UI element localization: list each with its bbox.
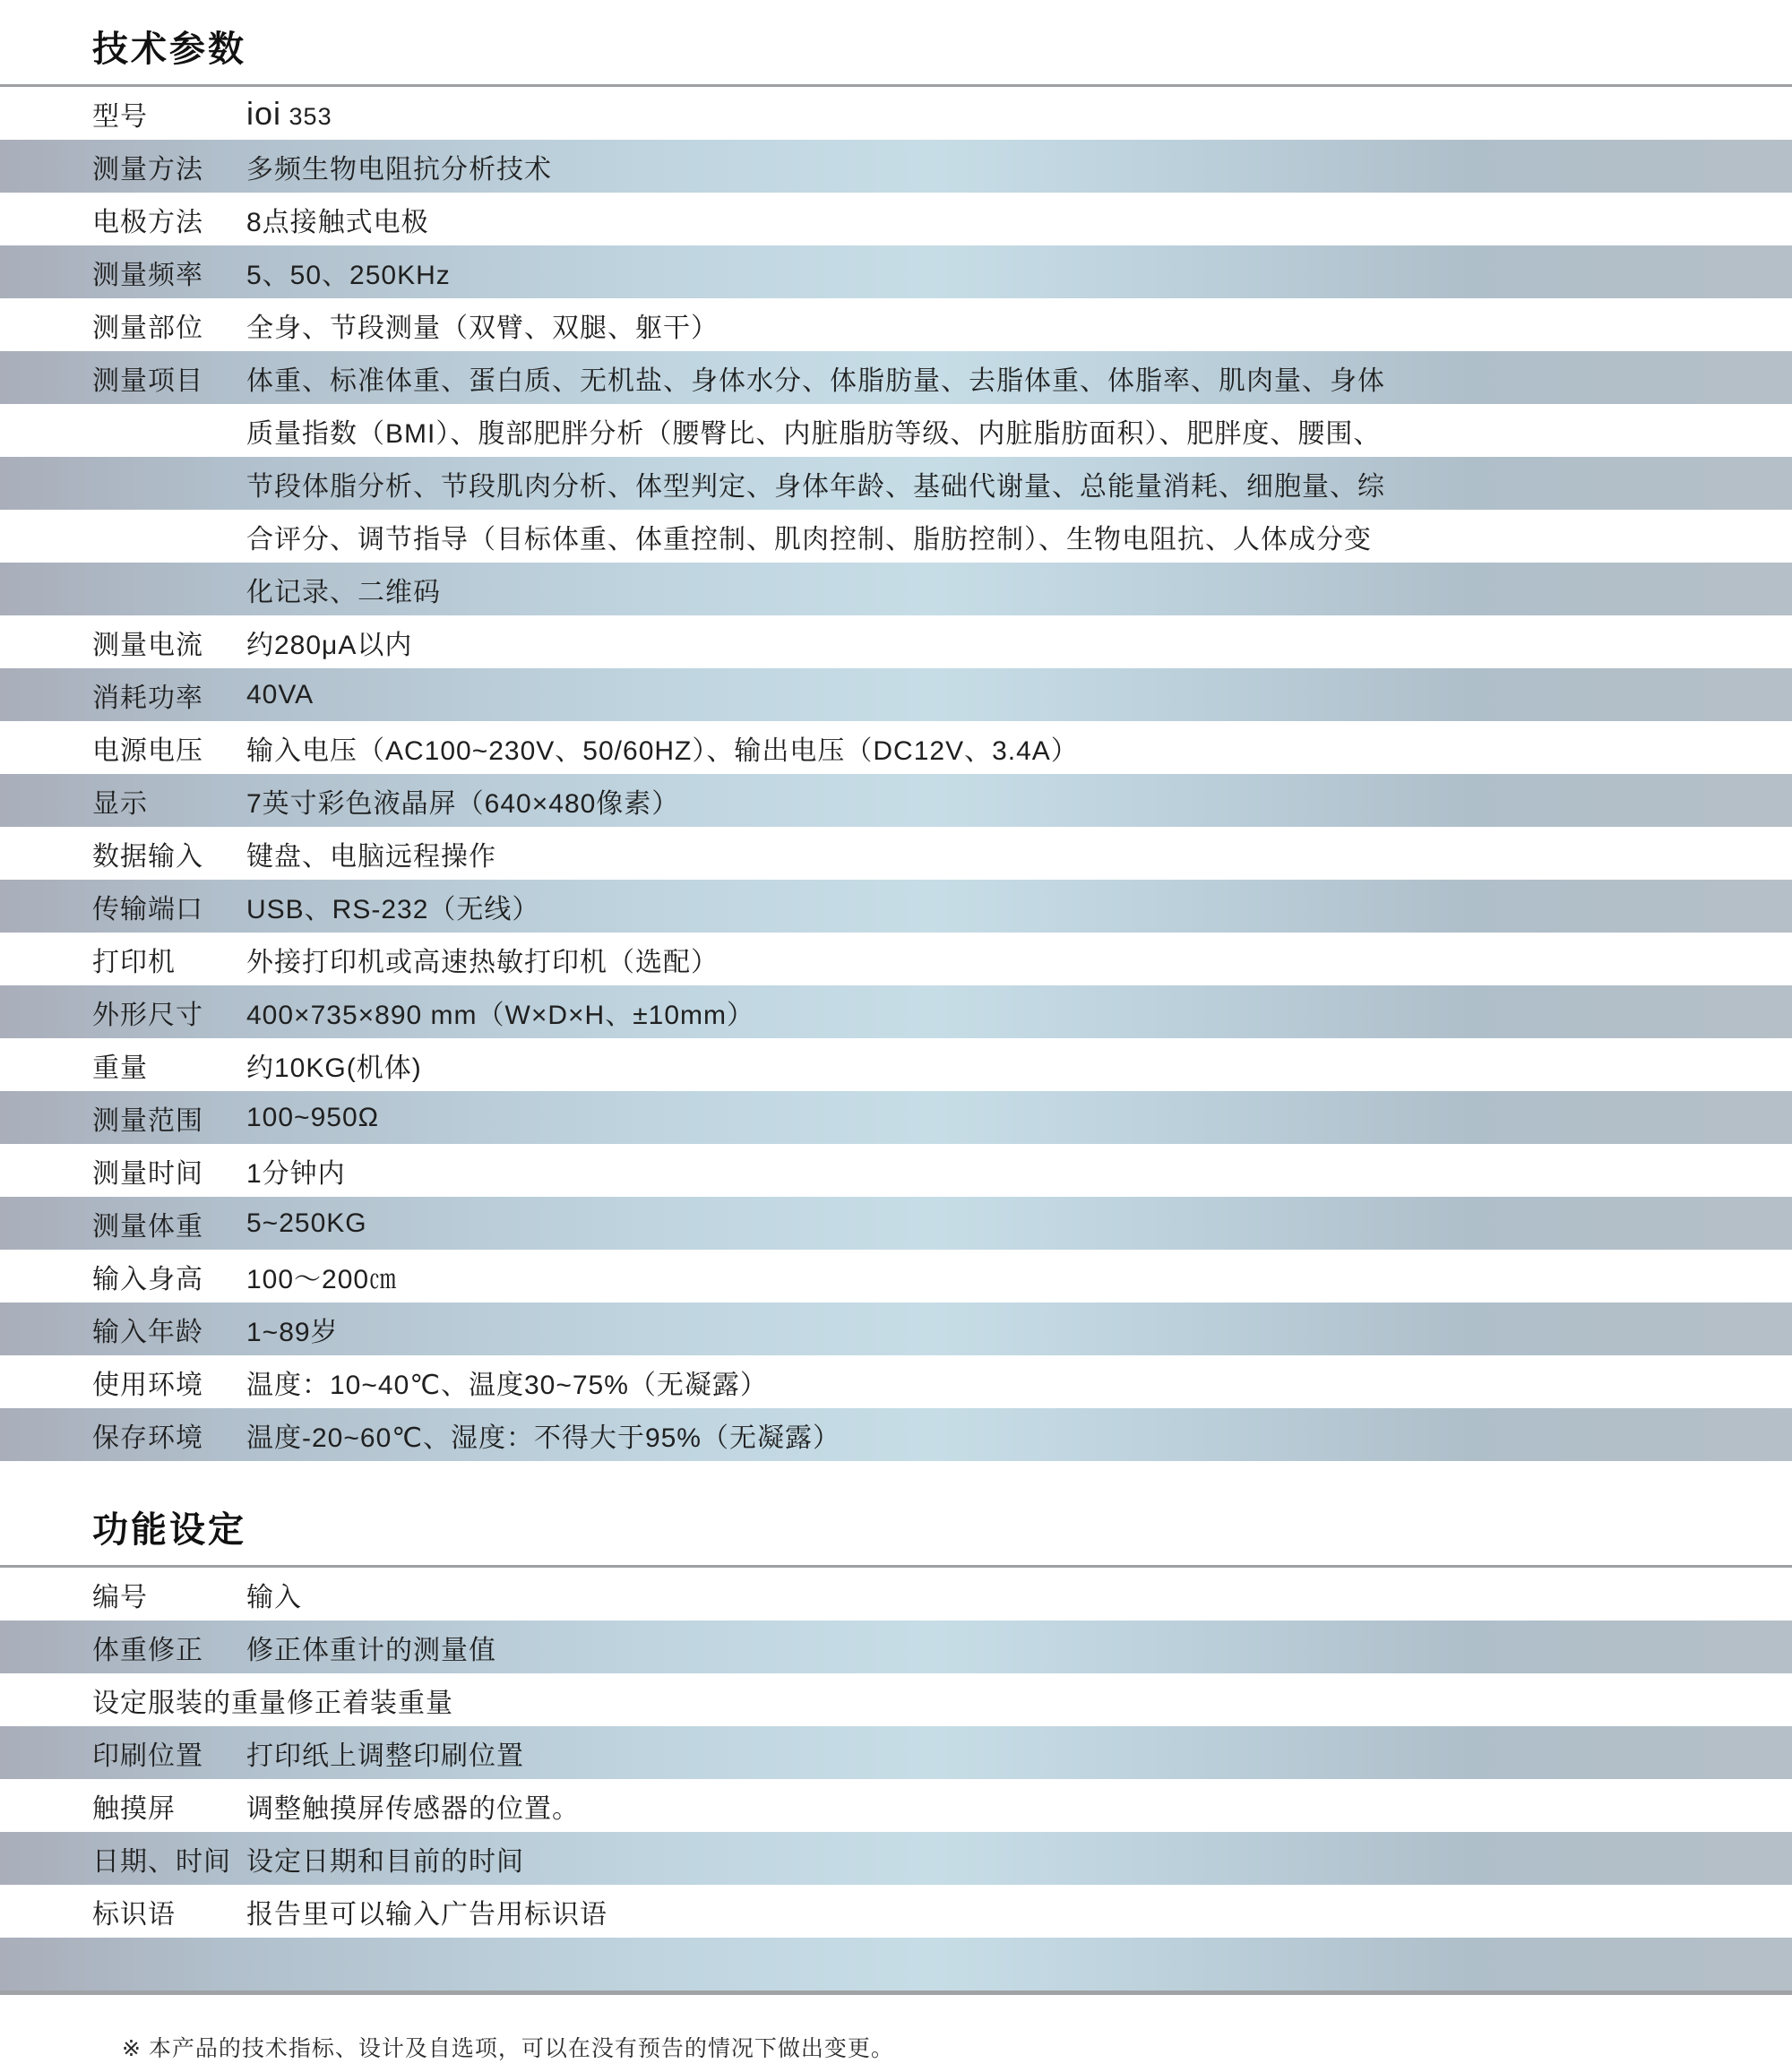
spec-label: 测量频率: [92, 253, 246, 292]
section-title-tech-params: 技术参数: [92, 0, 1792, 72]
spec-value: 打印纸上调整印刷位置: [246, 1733, 1792, 1773]
spec-label: 日期、时间: [92, 1839, 246, 1879]
spec-row: 型号ioi 353: [0, 87, 1792, 140]
brand-model-number: 353: [281, 103, 332, 130]
spec-label: 重量: [92, 1045, 246, 1085]
spec-row: 测量频率5、50、250KHz: [0, 245, 1792, 298]
spec-row: 电极方法8点接触式电极: [0, 193, 1792, 245]
spec-value: 温度-20~60℃、湿度：不得大于95%（无凝露）: [246, 1415, 1792, 1455]
spec-value: 5~250KG: [246, 1208, 1792, 1239]
spec-row: 化记录、二维码: [0, 563, 1792, 615]
spec-value: 约10KG(机体): [246, 1045, 1792, 1085]
spec-row: 质量指数（BMI）、腹部肥胖分析（腰臀比、内脏脂肪等级、内脏脂肪面积）、肥胖度、…: [0, 404, 1792, 457]
spec-label: 测量方法: [92, 147, 246, 186]
spec-row: 保存环境温度-20~60℃、湿度：不得大于95%（无凝露）: [0, 1408, 1792, 1461]
divider: [0, 1990, 1792, 1995]
spec-label: 输入年龄: [92, 1310, 246, 1349]
spec-value: 温度：10~40℃、温度30~75%（无凝露）: [246, 1363, 1792, 1402]
spec-value: 输入电压（AC100~230V、50/60HZ）、输出电压（DC12V、3.4A…: [246, 728, 1792, 768]
spec-label: 测量部位: [92, 305, 246, 345]
spec-row: 测量方法多频生物电阻抗分析技术: [0, 140, 1792, 193]
spec-row: 体重修正修正体重计的测量值: [0, 1621, 1792, 1673]
footnote: ※ 本产品的技术指标、设计及自选项，可以在没有预告的情况下做出变更。: [122, 2031, 1792, 2063]
spec-value: 节段体脂分析、节段肌肉分析、体型判定、身体年龄、基础代谢量、总能量消耗、细胞量、…: [246, 464, 1792, 503]
spec-row: 测量部位全身、节段测量（双臂、双腿、躯干）: [0, 298, 1792, 351]
spec-page: 技术参数 型号ioi 353测量方法多频生物电阻抗分析技术电极方法8点接触式电极…: [0, 0, 1792, 2072]
spec-label: 保存环境: [92, 1415, 246, 1455]
spec-row: 测量时间1分钟内: [0, 1144, 1792, 1197]
spec-row: 印刷位置打印纸上调整印刷位置: [0, 1726, 1792, 1779]
spec-label: 体重修正: [92, 1628, 246, 1667]
spec-table-tech-params: 型号ioi 353测量方法多频生物电阻抗分析技术电极方法8点接触式电极测量频率5…: [0, 87, 1792, 1461]
spec-label: 编号: [92, 1575, 246, 1614]
spec-row: 数据输入键盘、电脑远程操作: [0, 827, 1792, 880]
spec-row: 节段体脂分析、节段肌肉分析、体型判定、身体年龄、基础代谢量、总能量消耗、细胞量、…: [0, 457, 1792, 510]
spec-row: 测量电流约280μA以内: [0, 615, 1792, 668]
spec-value: 合评分、调节指导（目标体重、体重控制、肌肉控制、脂肪控制）、生物电阻抗、人体成分…: [246, 517, 1792, 556]
spec-row: 标识语报告里可以输入广告用标识语: [0, 1885, 1792, 1938]
spec-value: 化记录、二维码: [246, 570, 1792, 609]
spec-value: 修正体重计的测量值: [246, 1628, 1792, 1667]
spec-row: 输入身高100～200㎝: [0, 1250, 1792, 1303]
spec-row: 消耗功率40VA: [0, 668, 1792, 721]
spec-row: 合评分、调节指导（目标体重、体重控制、肌肉控制、脂肪控制）、生物电阻抗、人体成分…: [0, 510, 1792, 563]
spec-value: 多频生物电阻抗分析技术: [246, 147, 1792, 186]
spec-label: 外形尺寸: [92, 993, 246, 1032]
spec-value: 修正着装重量: [287, 1681, 1792, 1720]
section-title-function-settings: 功能设定: [92, 1461, 1792, 1552]
spec-label: 电极方法: [92, 200, 246, 239]
spec-row: 触摸屏调整触摸屏传感器的位置。: [0, 1779, 1792, 1832]
spec-value: 报告里可以输入广告用标识语: [246, 1892, 1792, 1931]
spec-value: 约280μA以内: [246, 623, 1792, 662]
spec-value: 输入: [246, 1575, 1792, 1614]
spec-row: 编号输入: [0, 1568, 1792, 1621]
spec-label: 消耗功率: [92, 675, 246, 715]
spec-table-function-settings: 编号输入体重修正修正体重计的测量值设定服装的重量修正着装重量印刷位置打印纸上调整…: [0, 1568, 1792, 1990]
spec-row: 外形尺寸400×735×890 mm（W×D×H、±10mm）: [0, 985, 1792, 1038]
spec-value: 调整触摸屏传感器的位置。: [246, 1786, 1792, 1826]
spec-label: 触摸屏: [92, 1786, 246, 1826]
spec-label: 标识语: [92, 1892, 246, 1931]
spec-label: 印刷位置: [92, 1733, 246, 1773]
spec-label: 传输端口: [92, 887, 246, 926]
spec-value: 8点接触式电极: [246, 200, 1792, 239]
spec-value: 5、50、250KHz: [246, 253, 1792, 292]
spec-value: USB、RS-232（无线）: [246, 887, 1792, 926]
spec-value: 体重、标准体重、蛋白质、无机盐、身体水分、体脂肪量、去脂体重、体脂率、肌肉量、身…: [246, 358, 1792, 398]
spec-row: 测量项目体重、标准体重、蛋白质、无机盐、身体水分、体脂肪量、去脂体重、体脂率、肌…: [0, 351, 1792, 404]
spec-value: 键盘、电脑远程操作: [246, 834, 1792, 873]
spec-row: 打印机外接打印机或高速热敏打印机（选配）: [0, 933, 1792, 985]
spec-label: 型号: [92, 94, 246, 133]
spec-row: 测量体重5~250KG: [0, 1197, 1792, 1250]
spec-row: 输入年龄1~89岁: [0, 1303, 1792, 1355]
brand-name: ioi: [246, 95, 281, 132]
spec-row: [0, 1938, 1792, 1990]
spec-row: 使用环境温度：10~40℃、温度30~75%（无凝露）: [0, 1355, 1792, 1408]
spec-value: 400×735×890 mm（W×D×H、±10mm）: [246, 993, 1792, 1032]
spec-value: 设定日期和目前的时间: [246, 1839, 1792, 1879]
spec-value: 7英寸彩色液晶屏（640×480像素）: [246, 781, 1792, 821]
spec-row: 日期、时间设定日期和目前的时间: [0, 1832, 1792, 1885]
spec-label: 打印机: [92, 940, 246, 979]
spec-row: 设定服装的重量修正着装重量: [0, 1673, 1792, 1726]
spec-label: 测量电流: [92, 623, 246, 662]
spec-label: 测量时间: [92, 1151, 246, 1191]
spec-label: 电源电压: [92, 728, 246, 768]
spec-row: 显示7英寸彩色液晶屏（640×480像素）: [0, 774, 1792, 827]
spec-label: 使用环境: [92, 1363, 246, 1402]
spec-label: 数据输入: [92, 834, 246, 873]
spec-label: 设定服装的重量: [92, 1681, 287, 1720]
spec-row: 电源电压输入电压（AC100~230V、50/60HZ）、输出电压（DC12V、…: [0, 721, 1792, 774]
spec-label: 测量体重: [92, 1204, 246, 1243]
spec-label: 显示: [92, 781, 246, 821]
section-tech-params: 技术参数 型号ioi 353测量方法多频生物电阻抗分析技术电极方法8点接触式电极…: [0, 0, 1792, 1461]
spec-row: 重量约10KG(机体): [0, 1038, 1792, 1091]
spec-value: 100～200㎝: [246, 1257, 1792, 1296]
spec-value: 全身、节段测量（双臂、双腿、躯干）: [246, 305, 1792, 345]
spec-value: 外接打印机或高速热敏打印机（选配）: [246, 940, 1792, 979]
spec-label: 输入身高: [92, 1257, 246, 1296]
spec-value: 1~89岁: [246, 1310, 1792, 1349]
section-function-settings: 功能设定 编号输入体重修正修正体重计的测量值设定服装的重量修正着装重量印刷位置打…: [0, 1461, 1792, 1990]
spec-value: 40VA: [246, 680, 1792, 710]
spec-row: 传输端口USB、RS-232（无线）: [0, 880, 1792, 933]
spec-label: 测量项目: [92, 358, 246, 398]
spec-value: 100~950Ω: [246, 1103, 1792, 1133]
spec-value: 1分钟内: [246, 1151, 1792, 1191]
spec-label: 测量范围: [92, 1098, 246, 1138]
spec-row: 测量范围100~950Ω: [0, 1091, 1792, 1144]
spec-value: ioi 353: [246, 95, 1792, 133]
spec-value: 质量指数（BMI）、腹部肥胖分析（腰臀比、内脏脂肪等级、内脏脂肪面积）、肥胖度、…: [246, 411, 1792, 451]
